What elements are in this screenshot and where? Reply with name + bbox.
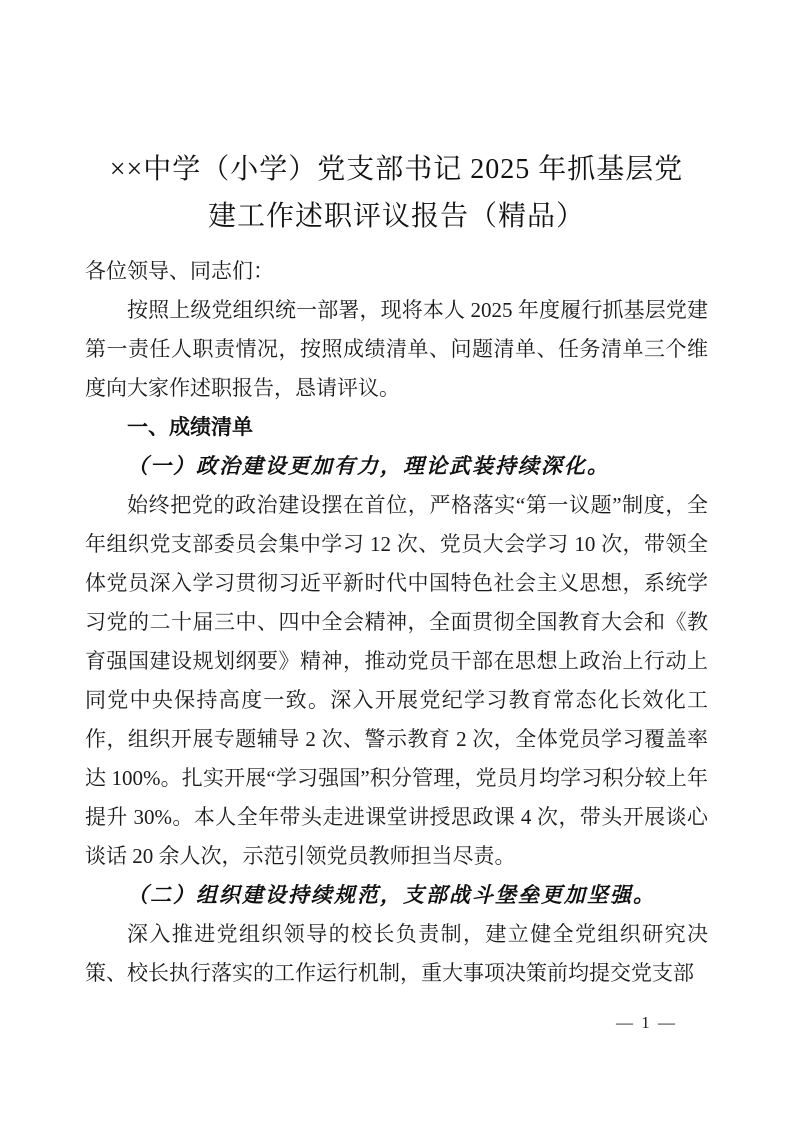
intro-paragraph: 按照上级党组织统一部署，现将本人 2025 年度履行抓基层党建第一责任人职责情况… — [85, 291, 708, 408]
paragraph-political-building: 始终把党的政治建设摆在首位，严格落实“第一议题”制度，全年组织党支部委员会集中学… — [85, 486, 708, 876]
paragraph-organization-building: 深入推进党组织领导的校长负责制，建立健全党组织研究决策、校长执行落实的工作运行机… — [85, 915, 708, 993]
subsection-heading-organization-building: （二）组织建设持续规范，支部战斗堡垒更加坚强。 — [85, 876, 708, 915]
document-title: ××中学（小学）党支部书记 2025 年抓基层党 建工作述职评议报告（精品） — [85, 146, 708, 240]
subsection-heading-political-building: （一）政治建设更加有力，理论武装持续深化。 — [85, 447, 708, 486]
document-title-line-1: ××中学（小学）党支部书记 2025 年抓基层党 — [85, 146, 708, 193]
document-title-line-2: 建工作述职评议报告（精品） — [85, 193, 708, 240]
document-body: 各位领导、同志们： 按照上级党组织统一部署，现将本人 2025 年度履行抓基层党… — [85, 252, 708, 993]
page-number: — 1 — — [616, 1010, 677, 1036]
document-page: ××中学（小学）党支部书记 2025 年抓基层党 建工作述职评议报告（精品） 各… — [0, 0, 793, 1122]
section-heading-achievement-list: 一、成绩清单 — [85, 408, 708, 447]
document-content: ××中学（小学）党支部书记 2025 年抓基层党 建工作述职评议报告（精品） 各… — [85, 0, 708, 993]
salutation: 各位领导、同志们： — [85, 252, 708, 291]
